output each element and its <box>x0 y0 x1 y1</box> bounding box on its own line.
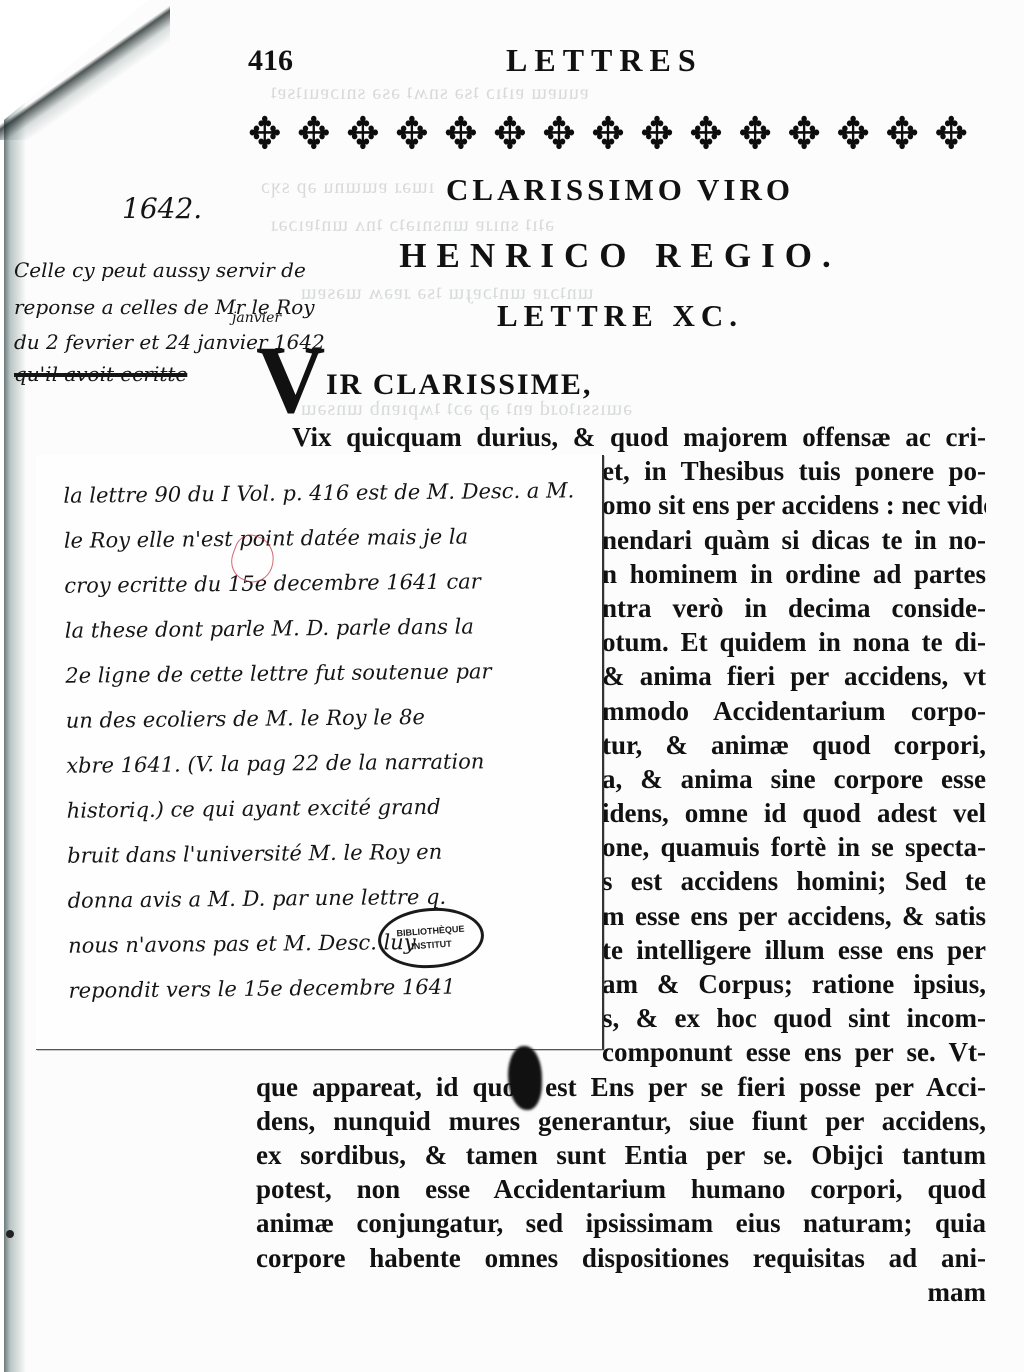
body-line: am & Corpus; ratione ipsius, <box>602 967 986 1001</box>
body-line: ex sordibus, & tamen sunt Entia per se. … <box>256 1138 986 1172</box>
note-line: croy ecritte du 15e decembre 1641 car <box>64 558 584 608</box>
body-line: & anima fieri per accidens, vt <box>602 659 986 693</box>
body-line: mmodo Accidentarium corpo- <box>602 694 986 728</box>
note-line: la these dont parle M. D. parle dans la <box>65 603 585 653</box>
body-line: et, in Thesibus tuis ponere po- <box>602 454 986 488</box>
body-line: omo sit ens per accidens : nec video <box>602 488 986 522</box>
ornament-glyph: ✥ <box>248 112 282 156</box>
body-line: a, & anima sine corpore esse <box>602 762 986 796</box>
ornament-glyph: ✥ <box>444 112 478 156</box>
running-head-title: LETTRES <box>506 42 703 79</box>
page-number: 416 <box>248 44 293 78</box>
ornament-glyph: ✥ <box>297 112 331 156</box>
body-line: otum. Et quidem in nona te di- <box>602 625 986 659</box>
letter-number: LETTRE XC. <box>250 298 990 334</box>
body-line: animæ conjungatur, sed ipsissimam eius n… <box>256 1206 986 1240</box>
ornament-glyph: ✥ <box>836 112 870 156</box>
handwritten-note-slip: la lettre 90 du I Vol. p. 416 est de M. … <box>36 455 604 1050</box>
margin-year: 1642. <box>122 192 202 225</box>
ornament-glyph: ✥ <box>640 112 674 156</box>
note-line: un des ecoliers de M. le Roy le 8e <box>66 693 586 743</box>
body-line: tur, & animæ quod corpori, <box>602 728 986 762</box>
body-line: que appareat, id quod est Ens per se fie… <box>256 1070 986 1104</box>
ornament-glyph: ✥ <box>787 112 821 156</box>
margin-note-line: Celle cy peut aussy servir de <box>14 258 306 282</box>
title-line-name: HENRICO REGIO. <box>250 236 990 276</box>
body-line: s, & ex hoc quod sint incom- <box>602 1001 986 1035</box>
margin-note-correction: janvier <box>232 310 281 326</box>
body-line: componunt esse ens per se. Vt- <box>602 1035 986 1069</box>
body-line: te intelligere illum esse ens per <box>602 933 986 967</box>
body-line: s est accidens homini; Sed te <box>602 864 986 898</box>
ink-blot <box>508 1046 542 1110</box>
body-line: potest, non esse Accidentarium humano co… <box>256 1172 986 1206</box>
note-line: repondit vers le 15e decembre 1641 <box>68 963 588 1013</box>
ornament-glyph: ✥ <box>591 112 625 156</box>
body-line: m esse ens per accidens, & satis <box>602 899 986 933</box>
decorative-ornament-band: ✥✥✥✥✥✥✥✥✥✥✥✥✥✥✥ <box>248 112 968 156</box>
ornament-glyph: ✥ <box>738 112 772 156</box>
margin-note-line: du 2 fevrier et 24 janvier 1642 <box>14 330 325 354</box>
ornament-glyph: ✥ <box>885 112 919 156</box>
note-line: xbre 1641. (V. la pag 22 de la narration <box>66 738 586 788</box>
title-line-recipient: CLARISSIMO VIRO <box>250 172 990 208</box>
body-line: nendari quàm si dicas te in no- <box>602 523 986 557</box>
note-line: bruit dans l'université M. le Roy en <box>67 828 587 878</box>
ornament-glyph: ✥ <box>689 112 723 156</box>
body-line: one, quamuis fortè in se specta- <box>602 830 986 864</box>
note-line: le Roy elle n'est point datée mais je la <box>64 513 584 563</box>
note-line: la lettre 90 du I Vol. p. 416 est de M. … <box>63 468 583 518</box>
ornament-glyph: ✥ <box>934 112 968 156</box>
note-line: donna avis a M. D. par une lettre q. <box>67 873 587 923</box>
note-line: nous n'avons pas et M. Desc. luy <box>68 918 588 968</box>
body-line: idens, omne id quod adest vel <box>602 796 986 830</box>
body-line: dens, nunquid mures generantur, siue fiu… <box>256 1104 986 1138</box>
body-line: Vix quicquam durius, & quod majorem offe… <box>256 420 986 454</box>
ornament-glyph: ✥ <box>346 112 380 156</box>
margin-note-struck-line: qu'il avoit ecritte <box>14 362 187 386</box>
ornament-glyph: ✥ <box>493 112 527 156</box>
body-line: n hominem in ordine ad partes <box>602 557 986 591</box>
note-line: 2e ligne de cette lettre fut soutenue pa… <box>65 648 585 698</box>
note-line: historiq.) ce qui ayant excité grand <box>66 783 586 833</box>
ink-speck <box>6 1230 14 1238</box>
ornament-glyph: ✥ <box>542 112 576 156</box>
body-right-column: et, in Thesibus tuis ponere po- omo sit … <box>602 454 986 1069</box>
ornament-glyph: ✥ <box>395 112 429 156</box>
running-head: 416 LETTRES <box>248 42 988 82</box>
body-line: corpore habente omnes dispositiones requ… <box>256 1241 986 1275</box>
body-line: ntra verò in decima conside- <box>602 591 986 625</box>
body-line: mam <box>256 1275 986 1309</box>
salutation: IR CLARISSIME, <box>326 368 592 402</box>
handwritten-note-text: la lettre 90 du I Vol. p. 416 est de M. … <box>63 468 589 1013</box>
